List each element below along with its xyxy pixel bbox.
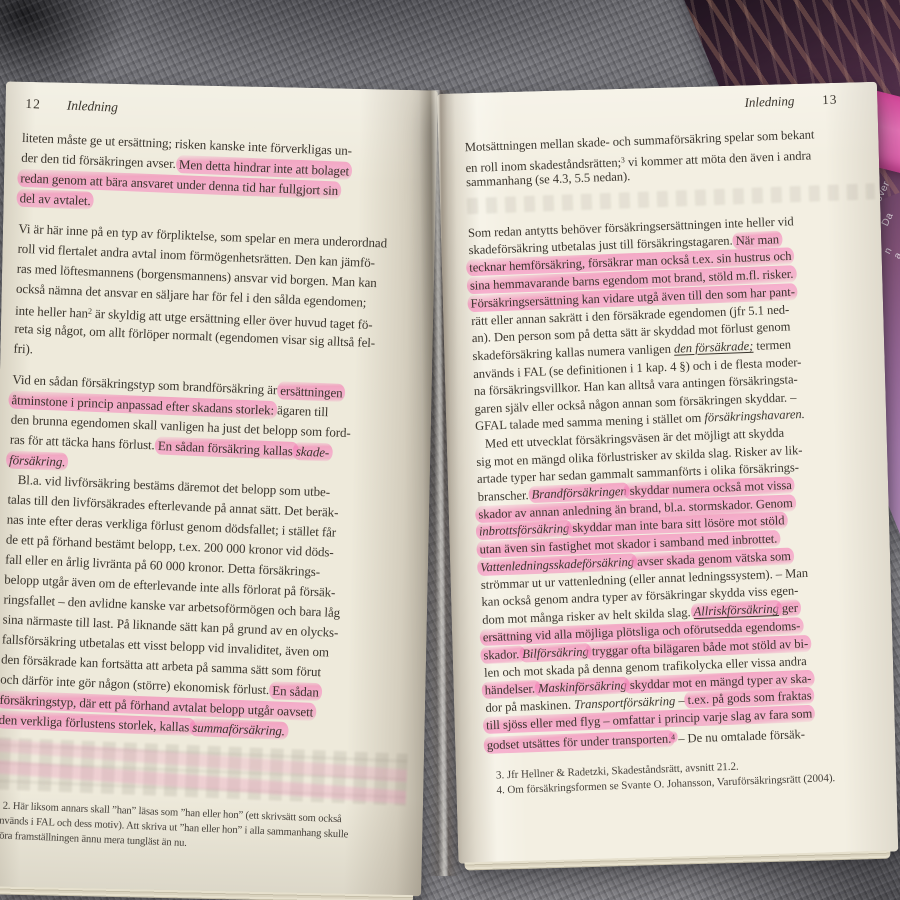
highlighted-text: del av avtalet. [16, 188, 94, 209]
left-page: 12 Inledning liteten måste ge ut ersättn… [0, 81, 438, 896]
left-running-head: 12 Inledning [25, 96, 433, 128]
highlighted-text: ersättningen [277, 381, 346, 402]
highlighted-text: En sådan [269, 681, 322, 701]
left-running-title: Inledning [67, 98, 119, 116]
text-segment: – De nu omtalade försäk- [675, 727, 805, 746]
right-page: Inledning 13 Motsättningen mellan skade-… [437, 82, 898, 864]
paragraph: Motsättningen mellan skade- och summaför… [465, 124, 875, 192]
right-page-footnotes: 3. Jfr Hellner & Radetzki, Skadeståndsrä… [488, 753, 897, 798]
left-page-content: 12 Inledning liteten måste ge ut ersättn… [0, 96, 433, 860]
highlighted-text: summaförsäkring. [189, 718, 288, 740]
text-segment: inte heller han [15, 303, 88, 321]
photo-scene: överDan a 12 Inledning liteten måste ge … [0, 0, 900, 900]
left-page-number: 12 [25, 96, 41, 113]
highlighted-text: Bilförsäkring [519, 642, 592, 662]
text-segment: den försäkrade; [674, 339, 754, 356]
paragraph: liteten måste ge ut ersättning; risken k… [19, 128, 432, 224]
highlighted-text: försäkring. [6, 450, 69, 470]
left-page-body-text: liteten måste ge ut ersättning; risken k… [0, 128, 432, 746]
text-segment: dor på maskinen. [485, 697, 574, 714]
text-segment: termen [753, 337, 791, 352]
highlighted-text: skade- [293, 441, 333, 461]
text-segment: branscher. [477, 488, 531, 504]
highlighted-text: ger [776, 600, 802, 618]
text-segment: ägaren till [274, 402, 329, 419]
text-segment: försäkringshavaren. [704, 407, 805, 425]
highlighted-text: händelser. [481, 680, 541, 699]
right-page-body-text: Motsättningen mellan skade- och summaför… [465, 124, 895, 752]
right-running-title: Inledning [744, 93, 794, 111]
left-page-bleedthrough [0, 737, 408, 805]
highlighted-text: godset utsättes för under transporten. [484, 730, 675, 754]
text-segment: ras för att täcka hans förlust. [10, 432, 159, 453]
paragraph: Med ett utvecklat försäkringsväsen är de… [475, 421, 894, 752]
right-page-content: Inledning 13 Motsättningen mellan skade-… [463, 90, 896, 798]
right-running-head: Inledning 13 [463, 90, 871, 121]
text-segment: Transportförsäkring [574, 694, 676, 712]
highlighted-text: En sådan försäkring kallas [155, 436, 300, 460]
left-page-footnote: 2. Här liksom annars skall ”han” läsas s… [0, 799, 405, 860]
paragraph: Vi är här inne på en typ av förpliktelse… [13, 219, 428, 375]
paragraph: Bl.a. vid livförsäkring bestäms däremot … [0, 470, 418, 746]
paragraph: Som redan antytts behöver försäkringsers… [468, 210, 883, 436]
highlighted-text: När man [732, 231, 782, 250]
right-page-number: 13 [822, 92, 838, 109]
highlighted-text: Maskinförsäkring [535, 676, 630, 696]
paragraph: Vid en sådan försäkringstyp som brandför… [9, 370, 423, 486]
text-segment: fri). [13, 341, 33, 357]
